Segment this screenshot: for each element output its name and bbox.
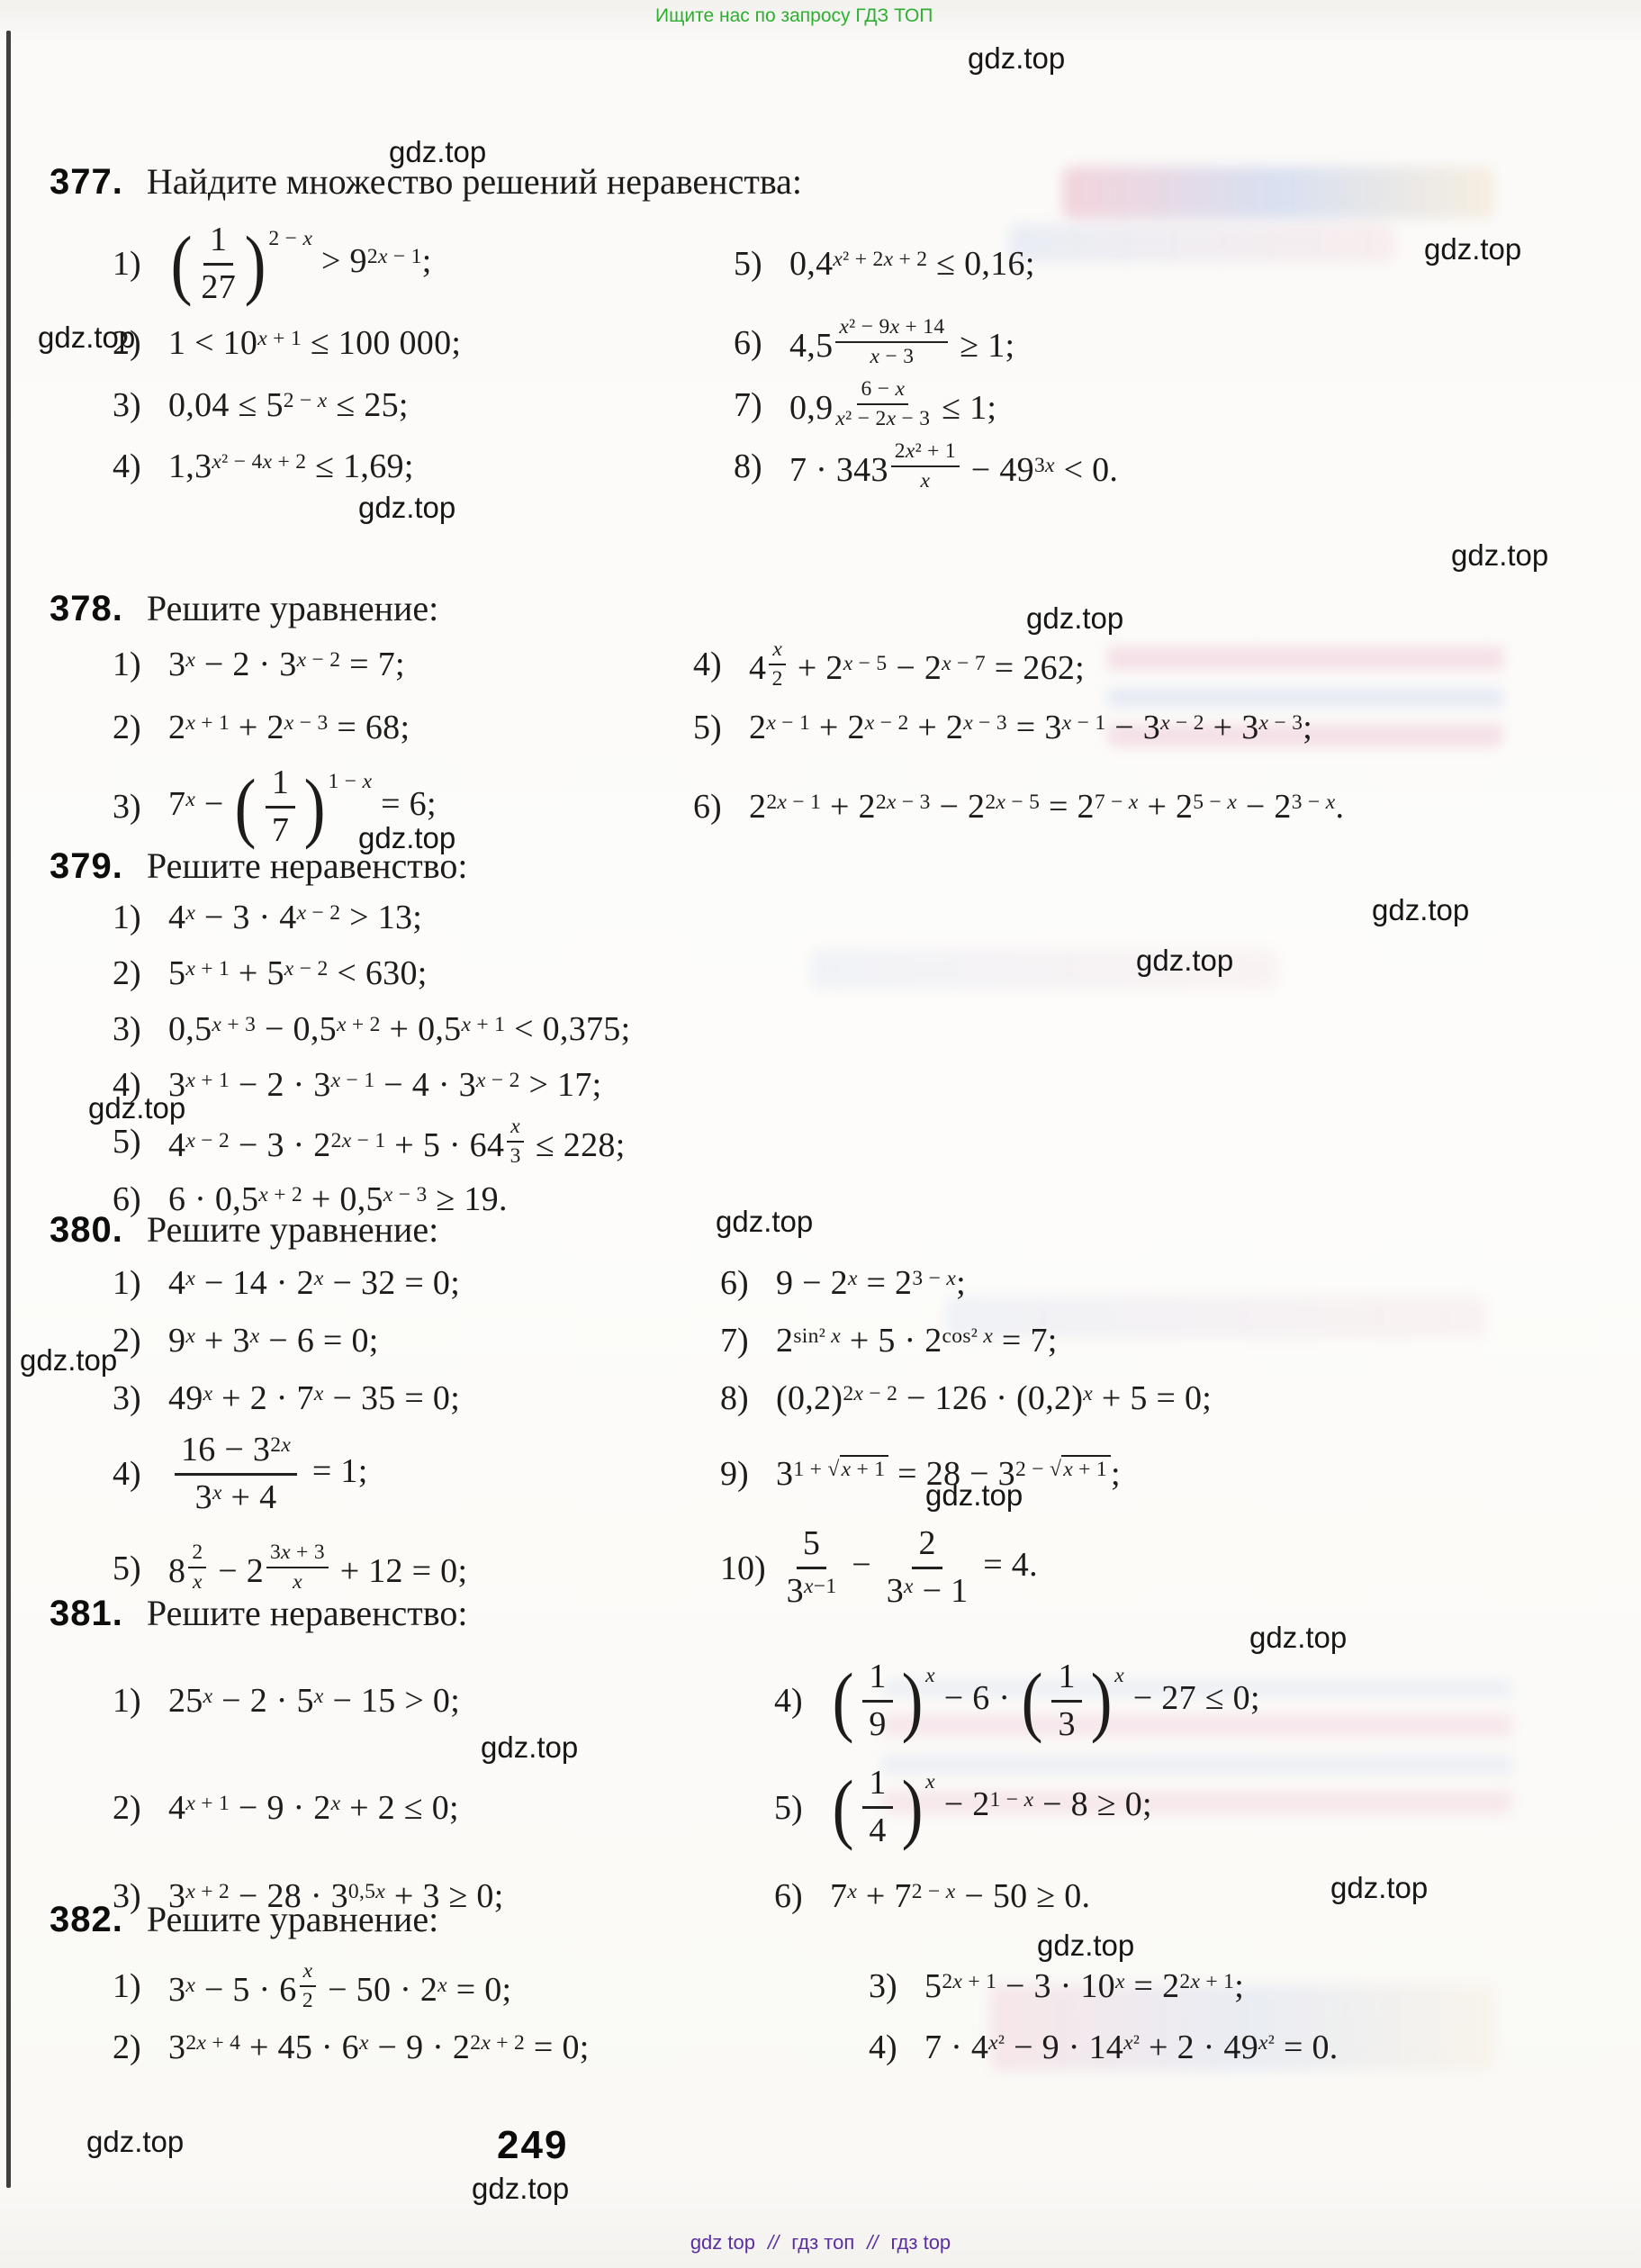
item-label: 2) — [113, 953, 154, 993]
item-label: 5) — [693, 708, 735, 747]
exercise-item: 7)0,96 − xx² − 2x − 3 ≤ 1; — [671, 378, 1593, 431]
item-formula: 49x + 2 · 7x − 35 = 0; — [168, 1378, 460, 1418]
exercise-item: 5)4x − 2 − 3 · 22x − 1 + 5 · 64x3 ≤ 228; — [50, 1116, 1593, 1169]
exercise-item: 9)31 + √x + 1 = 28 − 32 − √x + 1; — [671, 1449, 1593, 1499]
problem-title: Решите уравнение: — [147, 587, 438, 629]
gdz-top-watermark: gdz.top — [968, 41, 1065, 76]
item-formula: 0,04 ≤ 52 − x ≤ 25; — [168, 385, 409, 425]
exercise-item: 5)0,4x² + 2x + 2 ≤ 0,16; — [671, 239, 1593, 289]
item-formula: 4x + 1 − 9 · 2x + 2 ≤ 0; — [168, 1788, 459, 1828]
problem-380: 380. Решите уравнение: 1)4x − 14 · 2x − … — [50, 1208, 1593, 1612]
exercise-item: 5)82x − 23x + 3x + 12 = 0; — [50, 1541, 671, 1595]
exercise-item: 1)4x − 3 · 4x − 2 > 13; — [50, 892, 1593, 943]
page-spine-line — [6, 31, 11, 2188]
item-label: 7) — [734, 385, 775, 425]
exercise-item: 1)3x − 5 · 6x2 − 50 · 2x = 0; — [50, 1960, 671, 2013]
problem-items: 1)4x − 14 · 2x − 32 = 0;6)9 − 2x = 23 − … — [50, 1258, 1593, 1612]
exercise-item: 1)4x − 14 · 2x − 32 = 0; — [50, 1258, 671, 1308]
problem-number: 380. — [50, 1210, 123, 1251]
exercise-item: 1)3x − 2 · 3x − 2 = 7; — [50, 639, 671, 690]
item-formula: 3x − 5 · 6x2 − 50 · 2x = 0; — [168, 1960, 511, 2013]
item-formula: 3x − 2 · 3x − 2 = 7; — [168, 645, 405, 684]
item-label: 5) — [734, 244, 775, 284]
item-label: 1) — [113, 898, 154, 937]
item-formula: (127)2 − x > 92x − 1; — [168, 221, 432, 307]
footer-separator: // — [867, 2231, 878, 2254]
gdz-top-watermark: gdz.top — [358, 491, 455, 525]
item-formula: 2sin² x + 5 · 2cos² x = 7; — [776, 1321, 1058, 1360]
problem-number: 382. — [50, 1900, 123, 1940]
item-formula: 82x − 23x + 3x + 12 = 0; — [168, 1541, 467, 1595]
exercise-item: 4)16 − 32x3x + 4 = 1; — [50, 1431, 671, 1517]
item-label: 3) — [113, 385, 154, 425]
exercise-item: 3)52x + 1 − 3 · 10x = 22x + 1; — [671, 1961, 1593, 2011]
problem-title: Решите уравнение: — [147, 1898, 438, 1940]
item-label: 3) — [113, 1378, 154, 1418]
item-label: 3) — [869, 1966, 910, 2006]
item-formula: 4,5x² − 9x + 14x − 3 ≥ 1; — [789, 316, 1014, 369]
item-formula: 5x + 1 + 5x − 2 < 630; — [168, 953, 428, 993]
problem-title: Найдите множество решений неравенства: — [147, 160, 802, 203]
item-formula: 7x − (17)1 − x = 6; — [168, 764, 437, 850]
exercise-item: 3)0,5x + 3 − 0,5x + 2 + 0,5x + 1 < 0,375… — [50, 1004, 1593, 1054]
exercise-item: 5)(14)x − 21 − x − 8 ≥ 0; — [671, 1764, 1593, 1850]
problem-heading: 379. Решите неравенство: — [50, 845, 1593, 887]
exercise-item: 5)2x − 1 + 2x − 2 + 2x − 3 = 3x − 1 − 3x… — [671, 702, 1593, 753]
problem-382: 382. Решите уравнение: 1)3x − 5 · 6x2 − … — [50, 1898, 1593, 2073]
footer-links: gdz top//гдз топ//гдз top — [0, 2231, 1641, 2254]
item-label: 7) — [720, 1321, 762, 1360]
item-label: 5) — [113, 1122, 154, 1161]
item-formula: 0,4x² + 2x + 2 ≤ 0,16; — [789, 244, 1035, 284]
item-label: 4) — [693, 645, 735, 684]
item-label: 6) — [734, 323, 775, 363]
item-formula: 3x + 1 − 2 · 3x − 1 − 4 · 3x − 2 > 17; — [168, 1065, 602, 1105]
problem-items: 1)4x − 3 · 4x − 2 > 13;2)5x + 1 + 5x − 2… — [50, 892, 1593, 1224]
exercise-item: 2)5x + 1 + 5x − 2 < 630; — [50, 948, 1593, 998]
problem-377: 377. Найдите множество решений неравенст… — [50, 160, 1593, 493]
exercise-item: 2)32x + 4 + 45 · 6x − 9 · 22x + 2 = 0; — [50, 2022, 671, 2073]
exercise-item: 6)22x − 1 + 22x − 3 − 22x − 5 = 27 − x +… — [671, 782, 1593, 832]
item-label: 4) — [113, 1454, 154, 1494]
promo-banner: Ищите нас по запросу ГДЗ ТОП — [655, 5, 933, 27]
footer-link[interactable]: gdz top — [690, 2231, 755, 2254]
exercise-item: 6)9 − 2x = 23 − x; — [671, 1258, 1593, 1308]
problem-number: 379. — [50, 846, 123, 887]
exercise-item: 4)(19)x − 6 · (13)x − 27 ≤ 0; — [671, 1658, 1593, 1744]
item-label: 6) — [693, 787, 735, 827]
item-label: 6) — [720, 1263, 762, 1303]
item-label: 2) — [113, 1321, 154, 1360]
exercise-item: 8)7 · 3432x² + 1x − 493x < 0. — [671, 440, 1593, 493]
item-formula: 25x − 2 · 5x − 15 > 0; — [168, 1681, 460, 1721]
problem-heading: 378. Решите уравнение: — [50, 587, 1593, 629]
problem-heading: 377. Найдите множество решений неравенст… — [50, 160, 1593, 203]
item-label: 2) — [113, 2028, 154, 2067]
exercise-item: 3)49x + 2 · 7x − 35 = 0; — [50, 1373, 671, 1423]
item-label: 8) — [734, 447, 775, 486]
item-label: 5) — [774, 1788, 816, 1828]
problem-number: 378. — [50, 589, 123, 629]
item-formula: 9 − 2x = 23 − x; — [776, 1263, 966, 1303]
item-formula: (0,2)2x − 2 − 126 · (0,2)x + 5 = 0; — [776, 1378, 1212, 1418]
item-formula: 1 < 10x + 1 ≤ 100 000; — [168, 323, 461, 363]
gdz-top-watermark: gdz.top — [1451, 538, 1548, 573]
item-formula: 4x − 14 · 2x − 32 = 0; — [168, 1263, 460, 1303]
exercise-item: 2)2x + 1 + 2x − 3 = 68; — [50, 702, 671, 753]
item-formula: 0,5x + 3 − 0,5x + 2 + 0,5x + 1 < 0,375; — [168, 1009, 630, 1049]
item-label: 1) — [113, 645, 154, 684]
item-label: 4) — [774, 1681, 816, 1721]
problem-items: 1)3x − 5 · 6x2 − 50 · 2x = 0;3)52x + 1 −… — [50, 1960, 1593, 2073]
item-label: 4) — [113, 447, 154, 486]
exercise-item: 2)9x + 3x − 6 = 0; — [50, 1315, 671, 1366]
item-label: 1) — [113, 1966, 154, 2006]
item-formula: 7 · 3432x² + 1x − 493x < 0. — [789, 440, 1118, 493]
problem-title: Решите неравенство: — [147, 845, 468, 887]
item-formula: 16 − 32x3x + 4 = 1; — [168, 1431, 368, 1517]
item-label: 2) — [113, 1788, 154, 1828]
exercise-item: 7)2sin² x + 5 · 2cos² x = 7; — [671, 1315, 1593, 1366]
exercise-item: 6)4,5x² − 9x + 14x − 3 ≥ 1; — [671, 316, 1593, 369]
gdz-top-watermark: gdz.top — [86, 2125, 184, 2159]
footer-link[interactable]: гдз топ — [791, 2231, 854, 2254]
item-label: 4) — [113, 1065, 154, 1105]
item-formula: 31 + √x + 1 = 28 − 32 − √x + 1; — [776, 1454, 1121, 1494]
item-formula: (19)x − 6 · (13)x − 27 ≤ 0; — [830, 1658, 1260, 1744]
exercise-item: 3)7x − (17)1 − x = 6; — [50, 764, 671, 850]
item-formula: (14)x − 21 − x − 8 ≥ 0; — [830, 1764, 1152, 1850]
item-formula: 9x + 3x − 6 = 0; — [168, 1321, 379, 1360]
item-formula: 4x − 3 · 4x − 2 > 13; — [168, 898, 422, 937]
item-formula: 22x − 1 + 22x − 3 − 22x − 5 = 27 − x + 2… — [749, 787, 1344, 827]
exercise-item: 4)1,3x² − 4x + 2 ≤ 1,69; — [50, 441, 671, 492]
problem-381: 381. Решите неравенство: 1)25x − 2 · 5x … — [50, 1592, 1593, 1921]
problem-heading: 382. Решите уравнение: — [50, 1898, 1593, 1940]
item-formula: 0,96 − xx² − 2x − 3 ≤ 1; — [789, 378, 996, 431]
problem-heading: 380. Решите уравнение: — [50, 1208, 1593, 1251]
item-label: 3) — [113, 1009, 154, 1049]
problem-378: 378. Решите уравнение: 1)3x − 2 · 3x − 2… — [50, 587, 1593, 850]
problem-heading: 381. Решите неравенство: — [50, 1592, 1593, 1634]
exercise-item: 2)4x + 1 − 9 · 2x + 2 ≤ 0; — [50, 1783, 671, 1833]
item-formula: 7 · 4x² − 9 · 14x² + 2 · 49x² = 0. — [924, 2028, 1339, 2067]
problem-title: Решите неравенство: — [147, 1592, 468, 1634]
item-label: 4) — [869, 2028, 910, 2067]
page-number: 249 — [497, 2123, 568, 2168]
item-label: 5) — [113, 1549, 154, 1588]
item-label: 3) — [113, 787, 154, 827]
exercise-item: 4)7 · 4x² − 9 · 14x² + 2 · 49x² = 0. — [671, 2022, 1593, 2073]
item-label: 10) — [720, 1549, 766, 1588]
item-label: 2) — [113, 708, 154, 747]
item-formula: 1,3x² − 4x + 2 ≤ 1,69; — [168, 447, 414, 486]
footer-separator: // — [768, 2231, 779, 2254]
problem-title: Решите уравнение: — [147, 1208, 438, 1251]
item-formula: 32x + 4 + 45 · 6x − 9 · 22x + 2 = 0; — [168, 2028, 590, 2067]
exercise-item: 4)4x2 + 2x − 5 − 2x − 7 = 262; — [671, 638, 1593, 691]
exercise-item: 3)0,04 ≤ 52 − x ≤ 25; — [50, 380, 671, 430]
problem-number: 381. — [50, 1594, 123, 1634]
footer-link[interactable]: гдз top — [891, 2231, 951, 2254]
item-formula: 52x + 1 − 3 · 10x = 22x + 1; — [924, 1966, 1244, 2006]
item-label: 1) — [113, 244, 154, 284]
problem-items: 1)25x − 2 · 5x − 15 > 0;4)(19)x − 6 · (1… — [50, 1658, 1593, 1921]
problem-number: 377. — [50, 162, 123, 203]
item-formula: 2x + 1 + 2x − 3 = 68; — [168, 708, 410, 747]
exercise-item: 4)3x + 1 − 2 · 3x − 1 − 4 · 3x − 2 > 17; — [50, 1060, 1593, 1110]
gdz-top-watermark: gdz.top — [472, 2172, 569, 2206]
item-label: 1) — [113, 1263, 154, 1303]
scanned-textbook-page: Ищите нас по запросу ГДЗ ТОП gdz.topgdz.… — [0, 0, 1641, 2268]
exercise-item: 1)25x − 2 · 5x − 15 > 0; — [50, 1676, 671, 1726]
item-label: 2) — [113, 323, 154, 363]
problem-379: 379. Решите неравенство: 1)4x − 3 · 4x −… — [50, 845, 1593, 1224]
item-label: 1) — [113, 1681, 154, 1721]
exercise-item: 2)1 < 10x + 1 ≤ 100 000; — [50, 318, 671, 368]
exercise-item: 1)(127)2 − x > 92x − 1; — [50, 221, 671, 307]
item-formula: 4x2 + 2x − 5 − 2x − 7 = 262; — [749, 638, 1085, 691]
problem-items: 1)(127)2 − x > 92x − 1;5)0,4x² + 2x + 2 … — [50, 221, 1593, 493]
item-label: 9) — [720, 1454, 762, 1494]
item-label: 8) — [720, 1378, 762, 1418]
problem-items: 1)3x − 2 · 3x − 2 = 7;4)4x2 + 2x − 5 − 2… — [50, 638, 1593, 850]
item-formula: 4x − 2 − 3 · 22x − 1 + 5 · 64x3 ≤ 228; — [168, 1116, 626, 1169]
item-formula: 2x − 1 + 2x − 2 + 2x − 3 = 3x − 1 − 3x −… — [749, 708, 1312, 747]
exercise-item: 8)(0,2)2x − 2 − 126 · (0,2)x + 5 = 0; — [671, 1373, 1593, 1423]
